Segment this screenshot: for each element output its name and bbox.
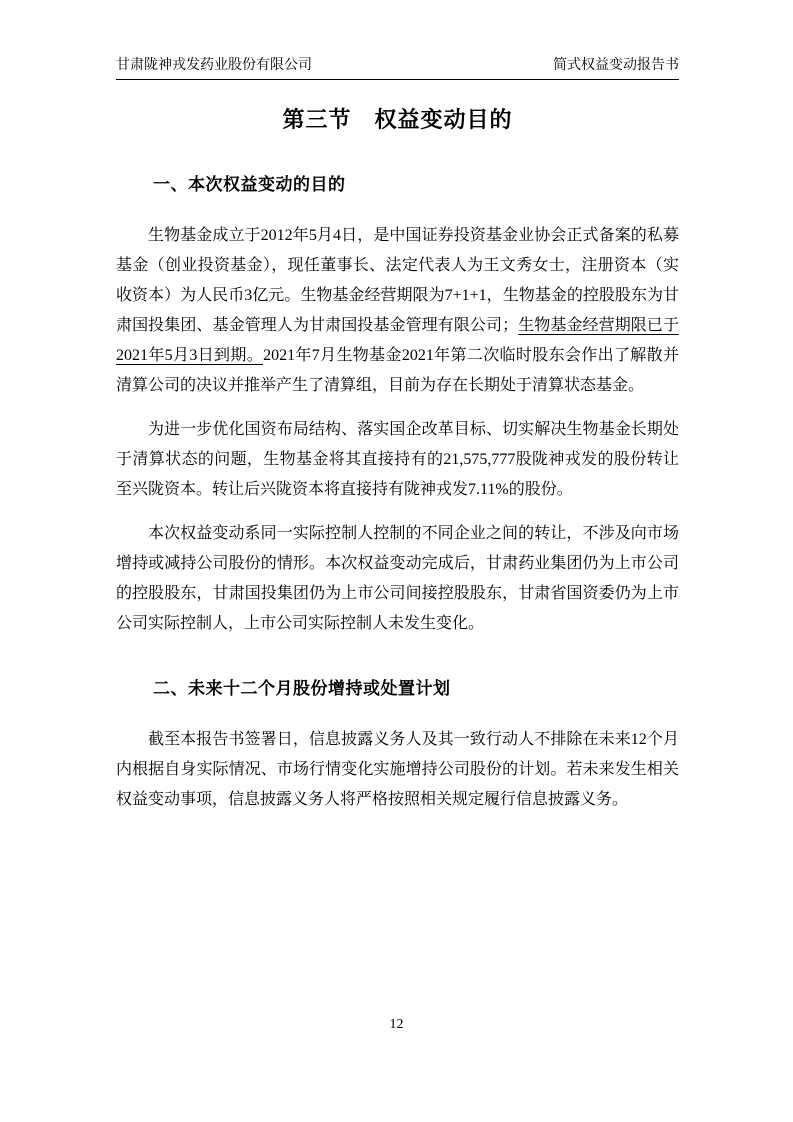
header-doc-type: 简式权益变动报告书 [553, 57, 679, 75]
section-1-paragraph-1: 生物基金成立于2012年5月4日，是中国证券投资基金业协会正式备案的私募基金（创… [116, 221, 679, 401]
document-page: 甘肃陇神戎发药业股份有限公司 简式权益变动报告书 第三节 权益变动目的 一、本次… [0, 0, 793, 1122]
page-number: 12 [0, 1016, 793, 1034]
section-1-heading: 一、本次权益变动的目的 [116, 173, 679, 197]
section-2-heading: 二、未来十二个月股份增持或处置计划 [116, 677, 679, 701]
header-company-name: 甘肃陇神戎发药业股份有限公司 [116, 57, 312, 75]
section-1-paragraph-3: 本次权益变动系同一实际控制人控制的不同企业之间的转让，不涉及向市场增持或减持公司… [116, 519, 679, 639]
page-header: 甘肃陇神戎发药业股份有限公司 简式权益变动报告书 [116, 57, 679, 80]
page-title: 第三节 权益变动目的 [116, 105, 679, 135]
section-2-paragraph-1: 截至本报告书签署日，信息披露义务人及其一致行动人不排除在未来12个月内根据自身实… [116, 725, 679, 815]
section-1-paragraph-2: 为进一步优化国资布局结构、落实国企改革目标、切实解决生物基金长期处于清算状态的问… [116, 415, 679, 505]
